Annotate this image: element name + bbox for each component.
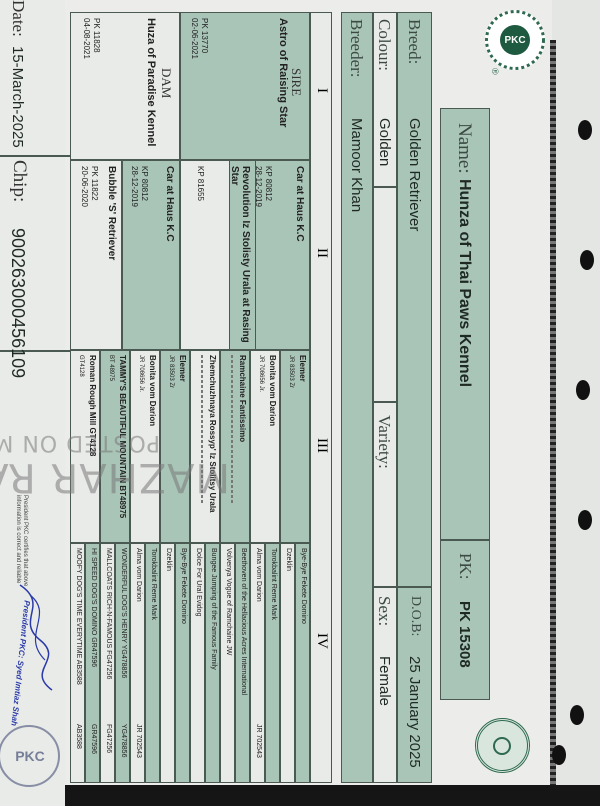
gen2-date: 28-12-2019 (130, 166, 139, 207)
stamp-abbr: PKC (15, 748, 45, 764)
gen4-cell: Bye-Bye Fekete Domino (295, 543, 310, 783)
sire-name: Astro of Raising Star (277, 18, 289, 158)
gen2-reg: KP 81655 (196, 166, 205, 201)
dob-row: D.O.B: 25 January 2025 (397, 587, 432, 783)
signature-icon (10, 580, 60, 700)
registered-mark: ® (490, 68, 500, 75)
breeder-row: Breeder: Mamoor Khan (341, 12, 373, 783)
gen4-cell: Torokbalint Reme Mark (265, 543, 280, 783)
gen4-name: Bye-Bye Fekete Domino (300, 548, 307, 624)
gen4-reg: YG478856 (120, 724, 127, 757)
binder-hole (578, 120, 592, 140)
breeder-label: Breeder: (346, 19, 366, 78)
gen4-name: Volvenya Vogue of Ramchaine JW (225, 548, 232, 655)
gen3-reg: BT 48975 (108, 355, 114, 381)
sire-cell: SIRE Astro of Raising Star PK 13770 02-0… (180, 12, 310, 160)
gen3-name: Elemer (298, 355, 307, 382)
gen-label-1: I (313, 88, 330, 93)
chip-value: 900263000456109 (7, 228, 28, 378)
binder-hole (576, 380, 590, 400)
pk-label: PK: (455, 553, 475, 579)
breed-value: Golden Retriever (406, 118, 423, 231)
gen4-cell: Dzeklin (160, 543, 175, 783)
sex-label: Sex: (374, 596, 394, 626)
name-value: Hunza of Thai Paws Kennel (455, 179, 473, 387)
watermark-line-1: POSTED ON MILAY (0, 430, 160, 455)
gen-label-3: III (313, 438, 330, 453)
variety-label: Variety: (374, 415, 394, 469)
fci-seal-icon (475, 718, 530, 773)
date-label: Date: (8, 0, 28, 37)
gen4-name: MALLCOATS RICH-N-FAMOUS FG47256 (105, 548, 112, 679)
date-value: 15-March-2025 (9, 46, 26, 148)
gen4-name: Bungee Jumping of the Famous Family (210, 548, 217, 670)
gen4-cell: WONDERFUL DOG'S HENRY YG478856YG478856 (115, 543, 130, 783)
gen4-cell: Torokbalint Reme Mark (145, 543, 160, 783)
variety-row: Variety: (373, 402, 397, 587)
pedigree-certificate: PKC ® Name: Hunza of Thai Paws Kennel PK… (0, 0, 600, 806)
gen3-reg (231, 355, 233, 505)
gen4-name: Alma vom Darion (135, 548, 142, 602)
gen4-name: Dolce For Ural Evidog (195, 548, 202, 616)
gen4-name: Bye-Bye Fekete Domino (180, 548, 187, 624)
gen4-reg: FG47256 (105, 724, 112, 753)
gen2-date: 20-06-2020 (80, 166, 89, 207)
generation-header: I II III IV (310, 12, 332, 783)
sire-role: SIRE (288, 68, 304, 96)
gen3-name: Bonita vom Darion (268, 355, 277, 426)
dam-date: 04-08-2021 (82, 18, 91, 59)
sire-reg: PK 13770 (200, 18, 209, 53)
gen2-reg: PK 11822 (90, 166, 99, 201)
dam-reg: PK 11828 (92, 18, 101, 53)
sleeve-binder-strip (552, 0, 600, 806)
photo-edge (0, 785, 600, 806)
gen3-cell: ElemerJR 83503 Zr (160, 350, 190, 543)
gen4-name: WONDERFUL DOG'S HENRY YG478856 (120, 548, 127, 678)
gen4-cell: MALLCOATS RICH-N-FAMOUS FG47256FG47256 (100, 543, 115, 783)
binder-hole (552, 745, 566, 765)
gen4-cell: Bungee Jumping of the Famous Family (205, 543, 220, 783)
footer-divider (0, 155, 70, 157)
breed-row: Breed: Golden Retriever (397, 12, 432, 587)
dam-name: Huza of Paradise Kennel (145, 18, 157, 148)
gen4-cell: Dzeklin (280, 543, 295, 783)
gen4-cell: Bye-Bye Fekete Domino (175, 543, 190, 783)
gen2-name: Bubble 'S' Retriever (106, 166, 117, 260)
binder-hole (578, 510, 592, 530)
gen2-name: Car at Haus K.C (294, 166, 305, 242)
chip-label: Chip: (8, 160, 30, 202)
gen4-name: Beethoven of the Hellacious Acres Intern… (240, 548, 247, 695)
breeder-value: Mamoor Khan (348, 118, 365, 212)
gen2-name: Revolution Iz Stolisty Urala at Rasing S… (229, 166, 251, 346)
binder-hole (570, 705, 584, 725)
gen4-name: MOOFY DOG'S TIME EVERYTIME AB3588 (75, 548, 82, 685)
pkc-logo: PKC (485, 10, 545, 70)
gen4-cell: Alma vom DarionJR 702543 (250, 543, 265, 783)
breed-label: Breed: (404, 19, 424, 64)
gen3-name: Bonita vom Darion (148, 355, 157, 426)
sleeve-perforation (550, 40, 556, 806)
gen4-name: Alma vom Darion (255, 548, 262, 602)
gen4-cell: MOOFY DOG'S TIME EVERYTIME AB3588AB3588 (70, 543, 85, 783)
gen3-reg: JR 83503 Zr (288, 355, 294, 388)
gen4-reg: GR47596 (90, 724, 97, 754)
name-label: Name: (453, 123, 475, 174)
pk-box: PK: PK 15308 (440, 540, 490, 700)
gen4-cell: Dolce For Ural Evidog (190, 543, 205, 783)
gen4-cell: Beethoven of the Hellacious Acres Intern… (235, 543, 250, 783)
sex-value: Female (376, 656, 393, 706)
gen3-cell: Ramchaine Fantissimo (220, 350, 250, 543)
gen4-reg: JR 702543 (255, 724, 262, 758)
gen3-name: Elemer (178, 355, 187, 382)
sire-date: 02-06-2021 (190, 18, 199, 59)
gen4-name: HI SPEED DOG'S DOMINO GR47596 (90, 548, 97, 667)
gen2-cell-3: Car at Haus K.C KP 80812 28-12-2019 (122, 160, 180, 350)
dob-label: D.O.B: (407, 596, 423, 636)
colour-label: Colour: (374, 19, 394, 71)
gen3-cell: ElemerJR 83503 Zr (280, 350, 310, 543)
gen2-reg: KP 80812 (264, 166, 273, 201)
gen2-cell-4: Bubble 'S' Retriever PK 11822 20-06-2020 (70, 160, 122, 350)
watermark-line-2: MAZHAR RAO (0, 454, 230, 500)
gen4-cell: Alma vom DarionJR 702543 (130, 543, 145, 783)
gen4-cell: Volvenya Vogue of Ramchaine JW (220, 543, 235, 783)
gen4-reg: JR 702543 (135, 724, 142, 758)
gen2-cell-2-lower: KP 81655 (180, 160, 230, 350)
gen3-reg: GT4128 (78, 355, 84, 377)
name-box: Name: Hunza of Thai Paws Kennel (440, 108, 490, 540)
gen3-reg: JR 83503 Zr (168, 355, 174, 388)
gen2-name: Car at Haus K.C (164, 166, 175, 242)
gen4-name: Dzeklin (165, 548, 172, 571)
dam-cell: DAM Huza of Paradise Kennel PK 11828 04-… (70, 12, 180, 160)
gen3-reg: JR 708656 Jr. (258, 355, 264, 392)
colour-value: Golden (376, 118, 393, 166)
dam-role: DAM (158, 68, 174, 98)
colour-row: Colour: Golden (373, 12, 397, 187)
pk-value: PK 15308 (456, 601, 473, 668)
gen4-name: Dzeklin (285, 548, 292, 571)
certified-stamp-icon: PKC (0, 725, 60, 787)
gen-label-2: II (313, 248, 330, 258)
gen4-name: Torokbalint Reme Mark (150, 548, 157, 620)
gen2-reg: KP 80812 (140, 166, 149, 201)
gen4-name: Torokbalint Reme Mark (270, 548, 277, 620)
sex-row: Sex: Female (373, 587, 397, 783)
gen3-cell: Bonita vom DarionJR 708656 Jr. (250, 350, 280, 543)
gen-label-4: IV (313, 633, 330, 649)
gen4-reg: AB3588 (75, 724, 82, 749)
gen4-cell: HI SPEED DOG'S DOMINO GR47596GR47596 (85, 543, 100, 783)
gen3-reg: JR 708656 Jr. (138, 355, 144, 392)
gen3-name: Ramchaine Fantissimo (238, 355, 247, 442)
dob-value: 25 January 2025 (406, 656, 423, 768)
binder-hole (580, 250, 594, 270)
gen3-cell: Zhemchuzhnaya Rossyp' Iz Stolitsy Urala (190, 350, 220, 543)
colour-row-blank (373, 187, 397, 402)
pkc-logo-mark: PKC (500, 25, 530, 55)
